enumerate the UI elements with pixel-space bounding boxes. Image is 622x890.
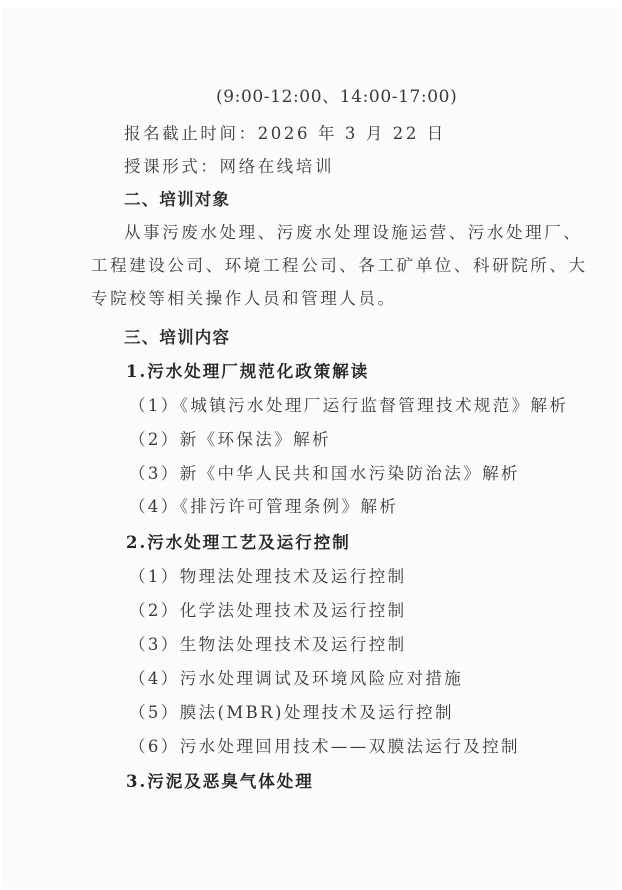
topic-item: （4）《排污许可管理条例》解析 bbox=[129, 497, 398, 517]
topic-item: （1）物理法处理技术及运行控制 bbox=[129, 567, 407, 587]
paragraph-line: 从事污废水处理、污废水处理设施运营、污水处理厂、 bbox=[124, 223, 582, 243]
document-page: (9:00-12:00、14:00-17:00) 报名截止时间：2026 年 3… bbox=[2, 7, 620, 887]
teaching-format: 授课形式：网络在线培训 bbox=[124, 157, 334, 177]
topic-item: （2）新《环保法》解析 bbox=[129, 430, 331, 450]
paragraph-line: 工程建设公司、环境工程公司、各工矿单位、科研院所、大 bbox=[91, 256, 588, 276]
schedule-time: (9:00-12:00、14:00-17:00) bbox=[216, 87, 457, 107]
topic-title-1: 1.污水处理厂规范化政策解读 bbox=[126, 362, 369, 382]
topic-item: （6）污水处理回用技术——双膜法运行及控制 bbox=[129, 737, 520, 757]
topic-title-3: 3.污泥及恶臭气体处理 bbox=[126, 772, 314, 792]
section-title-training-targets: 二、培训对象 bbox=[124, 190, 230, 210]
topic-item: （4）污水处理调试及环境风险应对措施 bbox=[129, 669, 463, 689]
topic-item: （5）膜法(MBR)处理技术及运行控制 bbox=[129, 703, 454, 723]
registration-deadline: 报名截止时间：2026 年 3 月 22 日 bbox=[124, 124, 446, 144]
section-title-training-content: 三、培训内容 bbox=[124, 328, 230, 348]
paragraph-line: 专院校等相关操作人员和管理人员。 bbox=[91, 289, 397, 309]
topic-item: （1）《城镇污水处理厂运行监督管理技术规范》解析 bbox=[129, 396, 568, 416]
topic-item: （3）生物法处理技术及运行控制 bbox=[129, 635, 407, 655]
topic-item: （3）新《中华人民共和国水污染防治法》解析 bbox=[129, 464, 520, 484]
topic-title-2: 2.污水处理工艺及运行控制 bbox=[126, 533, 351, 553]
topic-item: （2）化学法处理技术及运行控制 bbox=[129, 601, 407, 621]
